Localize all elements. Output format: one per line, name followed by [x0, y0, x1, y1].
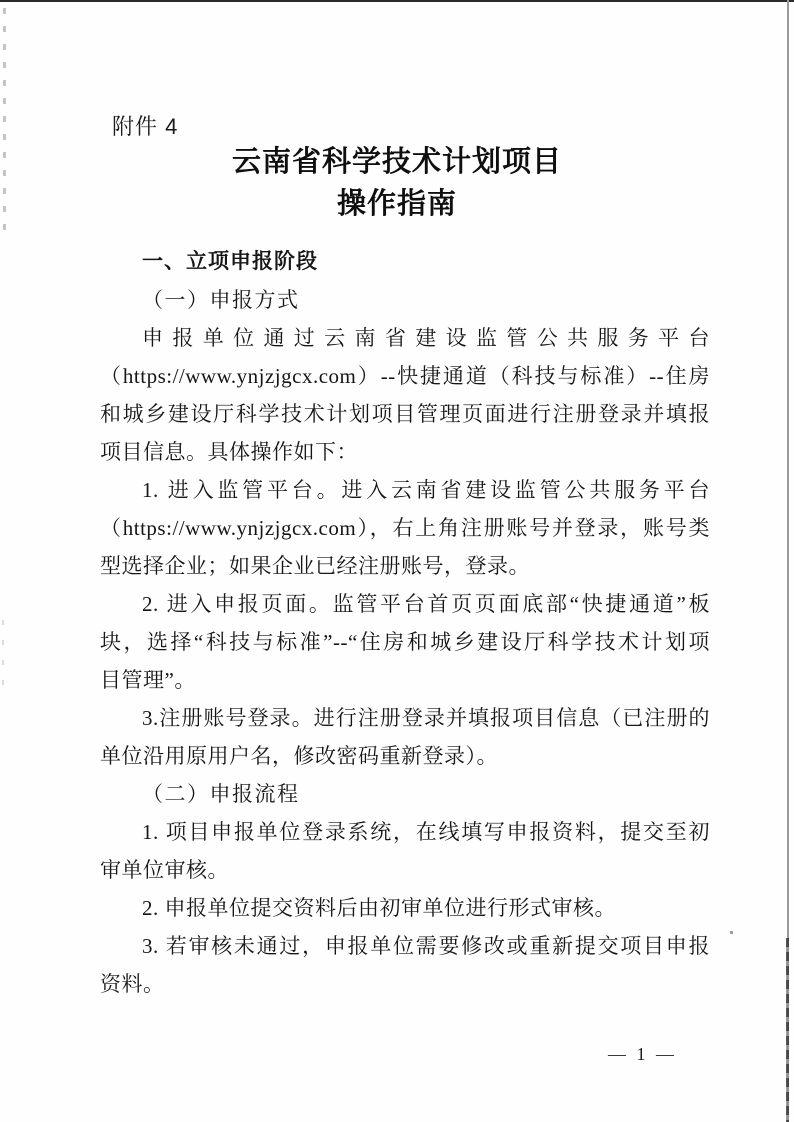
- text-line: 项目信息。具体操作如下：: [100, 433, 710, 471]
- page-number: — 1 —: [608, 1044, 677, 1065]
- text-line: 1. 进入监管平台。进入云南省建设监管公共服务平台: [100, 471, 710, 509]
- scan-left-edge-specks-lower: [2, 620, 4, 690]
- document-title-line2: 操作指南: [0, 183, 794, 225]
- text-line: （https://www.ynjzjgcx.com）--快捷通道（科技与标准）-…: [100, 357, 710, 395]
- document-title: 云南省科学技术计划项目 操作指南: [0, 141, 794, 225]
- text-line: 目管理”。: [100, 661, 710, 699]
- section-heading: 一、立项申报阶段: [100, 243, 710, 281]
- document-title-line1: 云南省科学技术计划项目: [0, 141, 794, 183]
- scan-right-edge-dark-segment: [786, 938, 789, 1122]
- text-line: 2. 申报单位提交资料后由初审单位进行形式审核。: [100, 889, 710, 927]
- text-line: 审单位审核。: [100, 851, 710, 889]
- subsection-heading: （二）申报流程: [100, 775, 710, 813]
- text-line: 1. 项目申报单位登录系统，在线填写申报资料，提交至初: [100, 813, 710, 851]
- text-line: 资料。: [100, 965, 710, 1003]
- text-line: 单位沿用原用户名，修改密码重新登录）。: [100, 737, 710, 775]
- text-line: 3.注册账号登录。进行注册登录并填报项目信息（已注册的: [100, 699, 710, 737]
- document-body: 一、立项申报阶段 （一）申报方式 申报单位通过云南省建设监管公共服务平台 （ht…: [100, 243, 710, 1003]
- text-line: 型选择企业；如果企业已经注册账号，登录。: [100, 547, 710, 585]
- subsection-heading: （一）申报方式: [100, 281, 710, 319]
- text-line: 块，选择“科技与标准”--“住房和城乡建设厅科学技术计划项: [100, 623, 710, 661]
- text-line: 申报单位通过云南省建设监管公共服务平台: [100, 319, 710, 357]
- scan-dust-speck: [730, 931, 733, 934]
- scanned-document-page: 附件 4 云南省科学技术计划项目 操作指南 一、立项申报阶段 （一）申报方式 申…: [0, 0, 794, 1122]
- text-line: 3. 若审核未通过，申报单位需要修改或重新提交项目申报: [100, 927, 710, 965]
- attachment-label: 附件 4: [112, 110, 178, 141]
- scan-top-edge-line: [0, 0, 794, 2]
- text-line: 和城乡建设厅科学技术计划项目管理页面进行注册登录并填报: [100, 395, 710, 433]
- text-line: （https://www.ynjzjgcx.com），右上角注册账号并登录，账号…: [100, 509, 710, 547]
- text-line: 2. 进入申报页面。监管平台首页页面底部“快捷通道”板: [100, 585, 710, 623]
